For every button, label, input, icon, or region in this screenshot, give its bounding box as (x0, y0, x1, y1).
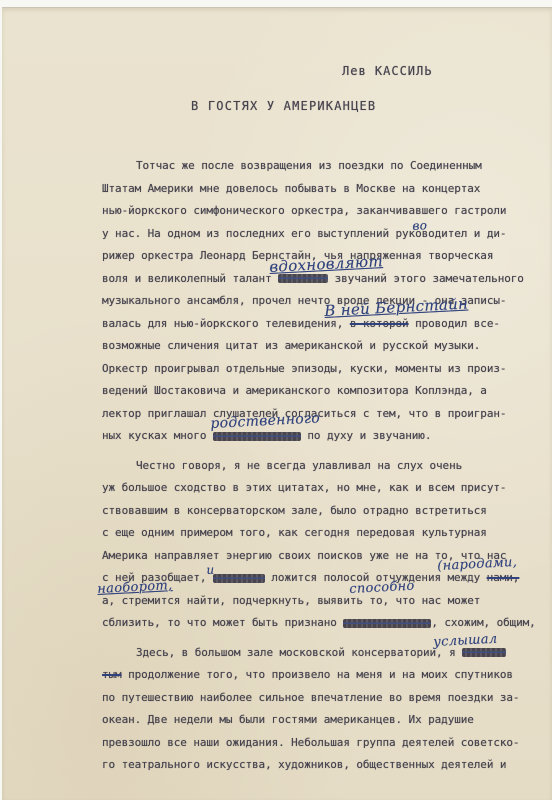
typed-over-blot (343, 619, 431, 628)
handwritten-annotation: во (412, 214, 428, 237)
text-line: го театрального искусства, художников, о… (102, 754, 522, 777)
typed-text: ных кусках много (102, 429, 213, 442)
text-line: ствовавшим в консерваторском зале, было … (102, 500, 522, 523)
text-line: Штатам Америки мне довелось побывать в М… (102, 178, 522, 201)
typed-text: по путешествию наиболее сильное впечатле… (102, 691, 519, 704)
text-line: по путешествию наиболее сильное впечатле… (102, 687, 522, 710)
typed-text: Честно говоря, я не всегда улавливал на … (136, 459, 462, 472)
typed-text: ведений Шостаковича и американского комп… (102, 384, 487, 397)
typed-text: воля и великолепный талант (102, 272, 278, 285)
typed-text: возможные сличения цитат из американской… (102, 339, 480, 352)
text-line: океан. Две недели мы были гостями америк… (102, 709, 522, 732)
typed-text: Штатам Америки мне довелось побывать в М… (102, 182, 480, 195)
typed-text: ствовавшим в консерваторском зале, было … (102, 504, 487, 517)
text-line: нью-йоркского симфонического оркестра, з… (102, 200, 522, 223)
author-name: Лев КАССИЛЬ (342, 64, 432, 78)
text-line: возможные сличения цитат из американской… (102, 335, 522, 358)
text-line: с еще одним примером того, как сегодня п… (102, 522, 522, 545)
typed-text: океан. Две недели мы были гостями америк… (102, 713, 474, 726)
typed-text: Тотчас же после возвращения из поездки п… (136, 159, 482, 172)
typed-text: превзошло все наши ожидания. Небольшая г… (102, 736, 519, 749)
typed-text: Оркестр проигрывал отдельные эпизоды, ку… (102, 362, 506, 375)
text-line: у нас. На одном из последних его выступл… (102, 223, 522, 246)
text-line: превзошло все наши ожидания. Небольшая г… (102, 732, 522, 755)
text-line: а, стремится найти, подчеркнуть, выявить… (102, 590, 522, 613)
typed-text: , схожим, общим, (431, 616, 535, 629)
text-line: Оркестр проигрывал отдельные эпизоды, ку… (102, 358, 522, 381)
typed-text: валась для нью-йоркского телевидения, (102, 317, 350, 330)
typed-text: нью-йоркского симфонического оркестра, з… (102, 204, 506, 217)
text-line: уж большое сходство в этих цитатах, но м… (102, 477, 522, 500)
text-line: Здесь, в большом зале московской консерв… (102, 642, 522, 665)
handwritten-annotation: наоборот, (97, 575, 173, 601)
typed-text: с еще одним примером того, как сегодня п… (102, 526, 487, 539)
typed-text: Здесь, в большом зале московской консерв… (136, 646, 462, 659)
handwritten-annotation: (народами, (437, 552, 518, 579)
document-title: В ГОСТЯХ У АМЕРИКАНЦЕВ (191, 99, 376, 113)
typed-text: сблизить, то что может быть признано (102, 616, 343, 629)
handwritten-annotation: услышал (433, 628, 498, 654)
body-lines: Тотчас же после возвращения из поездки п… (102, 155, 522, 777)
typed-text: уж большое сходство в этих цитатах, но м… (102, 481, 506, 494)
text-line: ведений Шостаковича и американского комп… (102, 380, 522, 403)
text-line: воля и великолепный талант звучаний этог… (102, 268, 522, 291)
typed-over-blot (213, 574, 265, 583)
text-line: валась для нью-йоркского телевидения, в … (102, 313, 522, 336)
typed-text: го театрального искусства, художников, о… (102, 758, 506, 771)
typed-text: проводил все- (409, 317, 500, 330)
text-line: ных кусках много по духу и звучанию.родс… (102, 425, 522, 448)
typed-text: продолжение того, что произвело на меня … (122, 668, 513, 681)
handwritten-annotation: способно (349, 575, 415, 601)
struck-text: тым (102, 668, 122, 681)
typed-text: по духу и звучанию. (301, 429, 431, 442)
handwritten-annotation: и (206, 559, 215, 582)
typed-text: у нас. На одном из последних его выступл… (102, 227, 506, 240)
manuscript-paper: Лев КАССИЛЬ В ГОСТЯХ У АМЕРИКАНЦЕВ Тотча… (2, 7, 552, 800)
text-line: тым продолжение того, что произвело на м… (102, 664, 522, 687)
text-line: Тотчас же после возвращения из поездки п… (102, 155, 522, 178)
text-line: Честно говоря, я не всегда улавливал на … (102, 455, 522, 478)
